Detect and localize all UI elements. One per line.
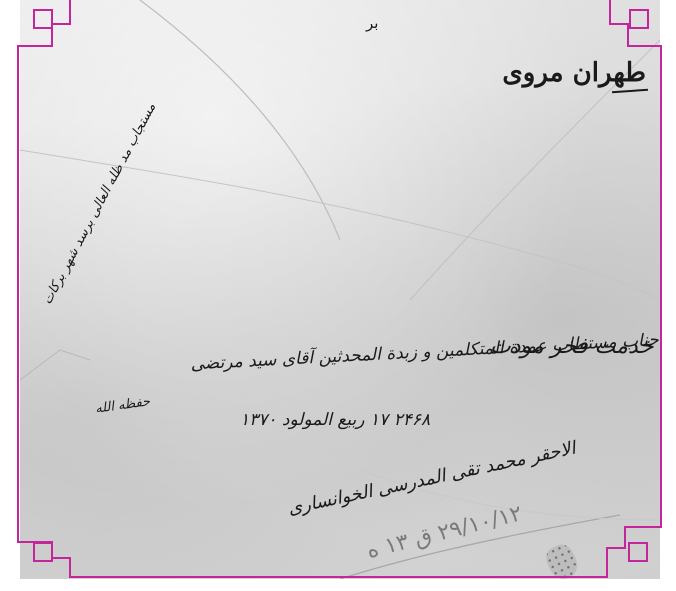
top-mark: بر — [366, 14, 378, 32]
date-line: ۲۴۶۸ ۱۷ ربیع المولود ۱۳۷۰ — [240, 410, 430, 430]
city-heading: طهران مروی — [502, 58, 646, 88]
